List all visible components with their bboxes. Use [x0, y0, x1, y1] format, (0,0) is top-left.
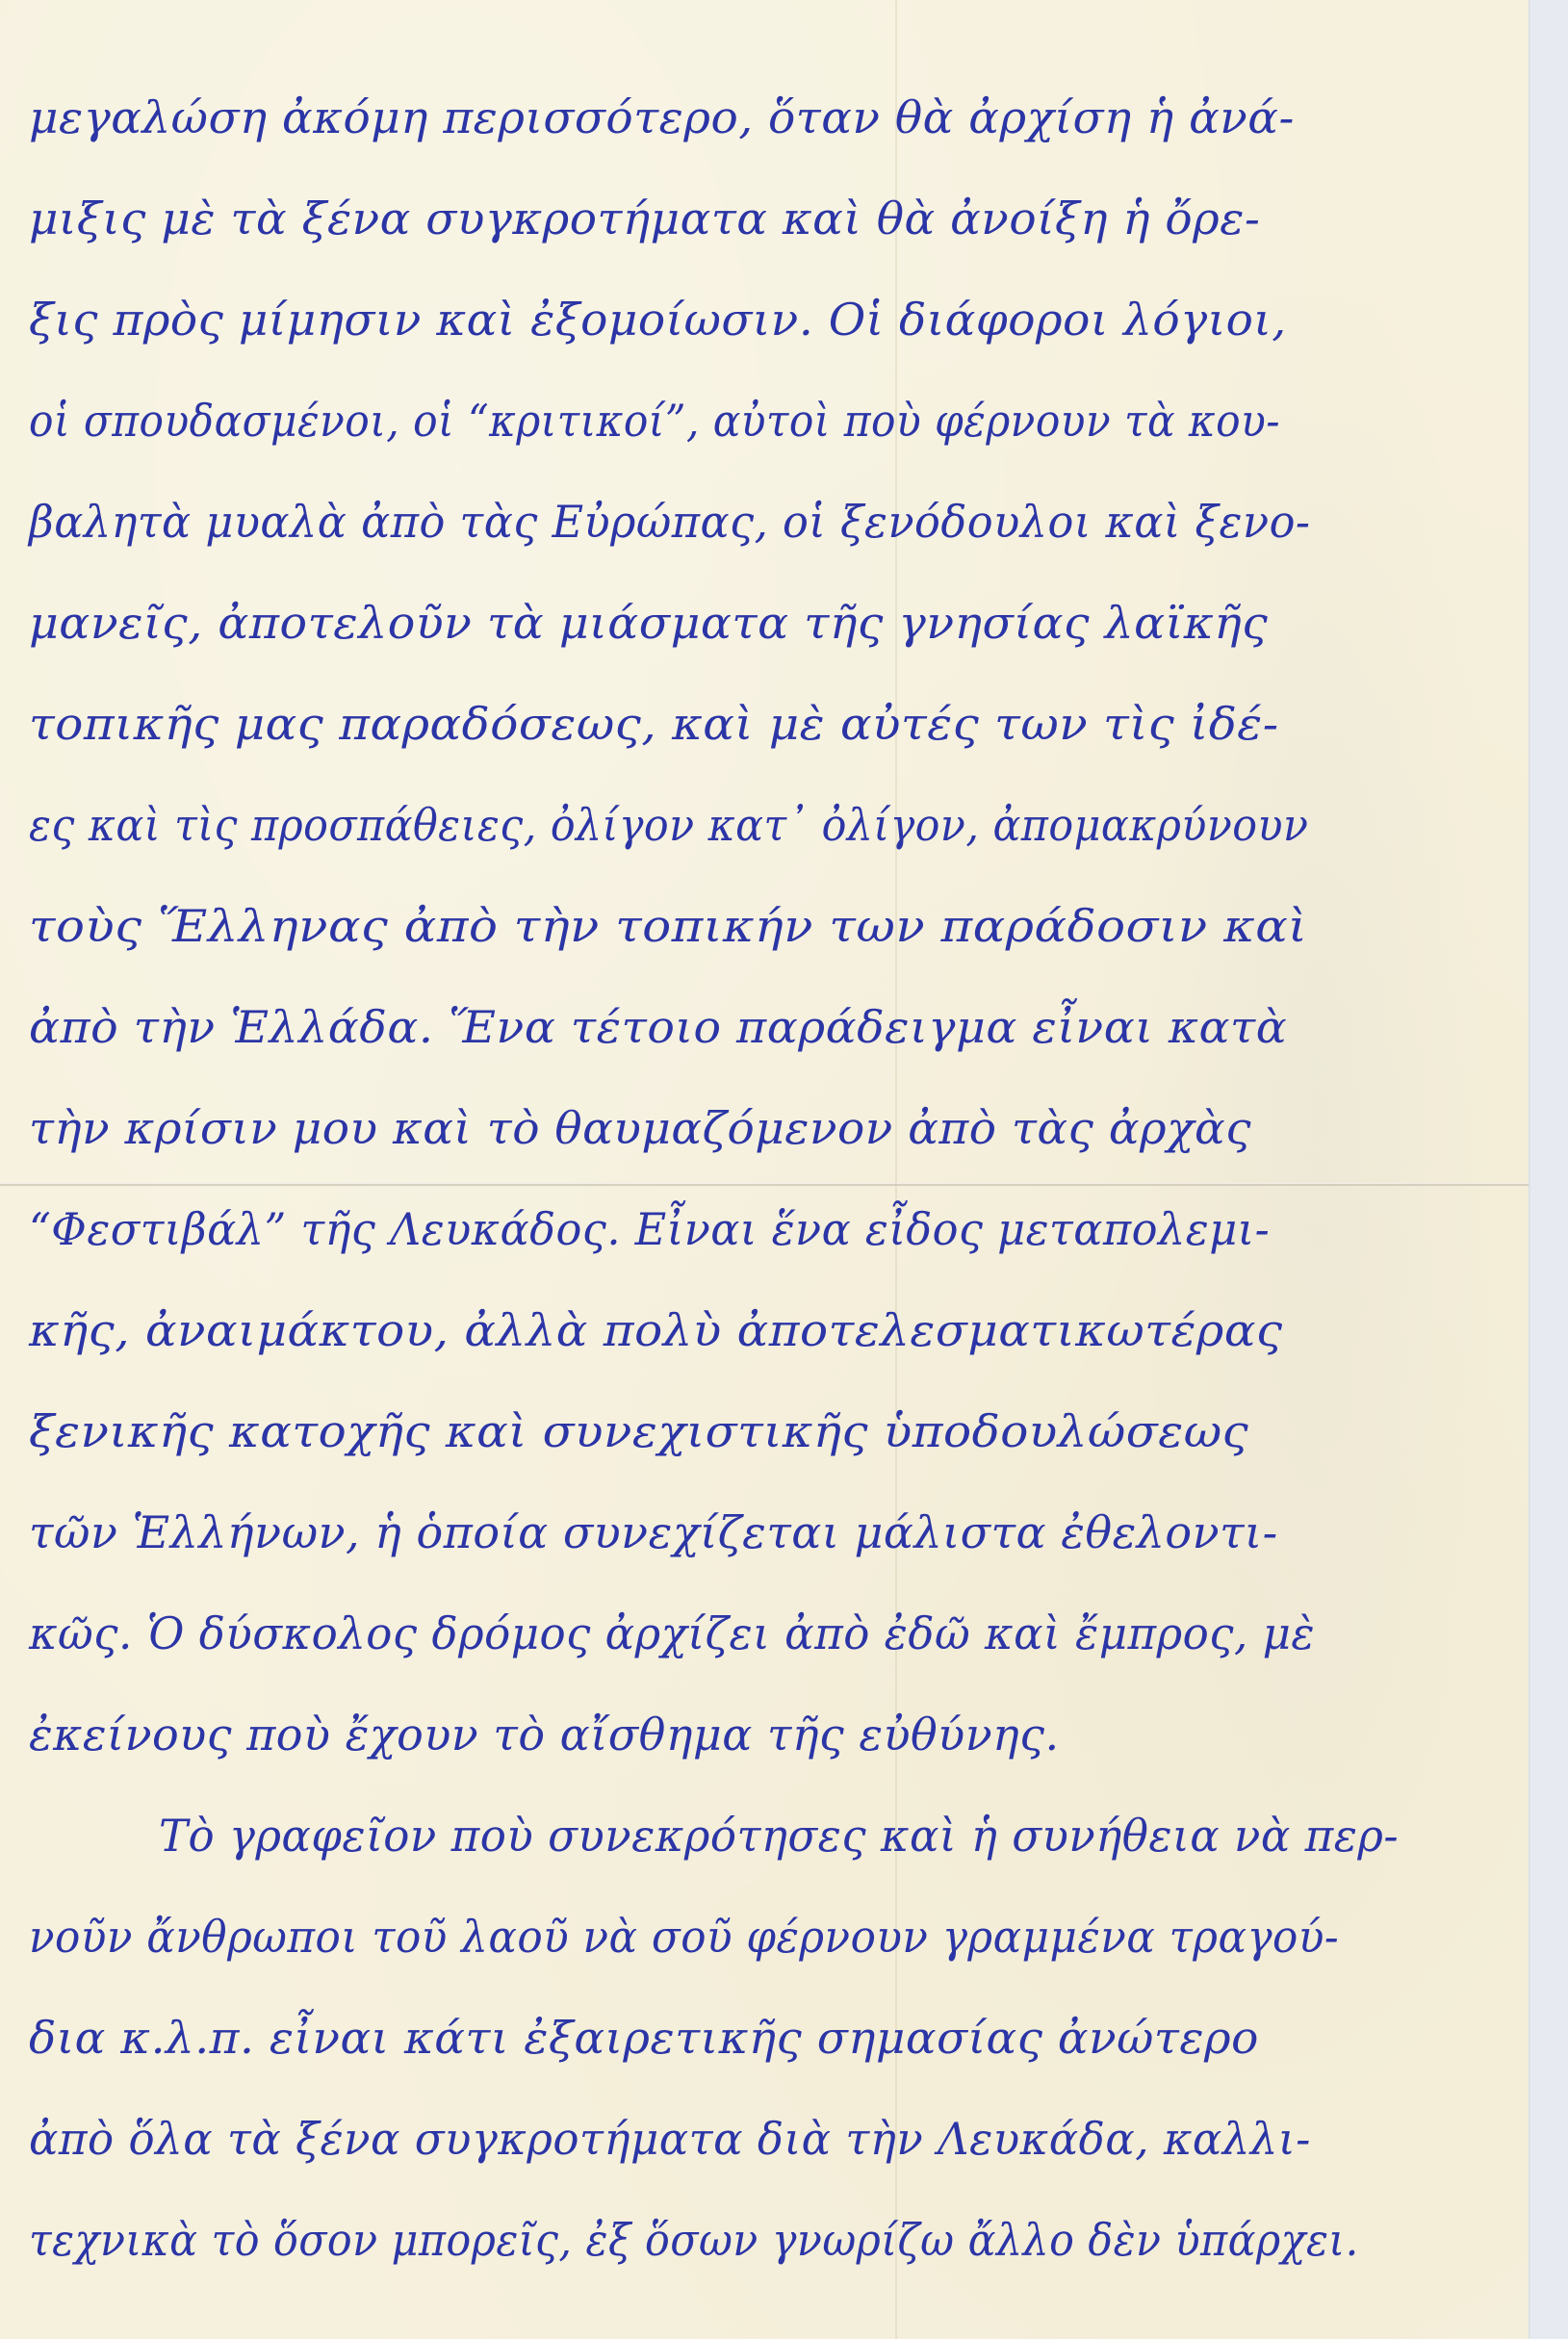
text-line-7: τοπικῆς μας παραδόσεως, καὶ μὲ αὐτές των…	[29, 698, 1279, 750]
text-line-3: ξις πρὸς μίμησιν καὶ ἐξομοίωσιν. Οἱ διάφ…	[29, 294, 1287, 346]
vertical-fold-crease	[895, 0, 897, 2339]
text-line-12: “Φεστιβάλ” τῆς Λευκάδος. Εἶναι ἕνα εἶδος…	[29, 1203, 1270, 1255]
text-line-16: κῶς. Ὁ δύσκολος δρόμος ἀρχίζει ἀπὸ ἐδῶ κ…	[29, 1607, 1315, 1659]
text-line-20: δια κ.λ.π. εἶναι κάτι ἐξαιρετικῆς σημασί…	[29, 2012, 1259, 2064]
text-line-17: ἐκείνους ποὺ ἔχουν τὸ αἴσθημα τῆς εὐθύνη…	[29, 1709, 1060, 1761]
text-line-19: νοῦν ἄνθρωποι τοῦ λαοῦ νὰ σοῦ φέρνουν γρ…	[29, 1911, 1339, 1963]
text-line-1: μεγαλώση ἀκόμη περισσότερο, ὅταν θὰ ἀρχί…	[29, 91, 1295, 143]
text-line-15: τῶν Ἑλλήνων, ἡ ὁποία συνεχίζεται μάλιστα…	[29, 1506, 1278, 1558]
text-line-21: ἀπὸ ὅλα τὰ ξένα συγκροτήματα διὰ τὴν Λευ…	[29, 2113, 1311, 2165]
text-line-11: τὴν κρίσιν μου καὶ τὸ θαυμαζόμενον ἀπὸ τ…	[29, 1102, 1251, 1154]
text-line-10: ἀπὸ τὴν Ἑλλάδα. Ἕνα τέτοιο παράδειγμα εἶ…	[29, 1001, 1287, 1053]
text-line-4: οἱ σπουδασμένοι, οἱ “κριτικοί”, αὐτοὶ πο…	[29, 395, 1280, 447]
text-line-14: ξενικῆς κατοχῆς καὶ συνεχιστικῆς ὑποδουλ…	[29, 1405, 1248, 1457]
text-line-22: τεχνικὰ τὸ ὅσον μπορεῖς, ἐξ ὅσων γνωρίζω…	[29, 2214, 1359, 2266]
text-line-8: ες καὶ τὶς προσπάθειες, ὀλίγον κατ᾽ ὀλίγ…	[29, 799, 1308, 851]
text-line-13: κῆς, ἀναιμάκτου, ἀλλὰ πολὺ ἀποτελεσματικ…	[29, 1304, 1283, 1356]
text-line-5: βαλητὰ μυαλὰ ἀπὸ τὰς Εὐρώπας, οἱ ξενόδου…	[29, 496, 1311, 548]
text-line-9: τοὺς Ἕλληνας ἀπὸ τὴν τοπικήν των παράδοσ…	[29, 900, 1307, 952]
text-line-6: μανεῖς, ἀποτελοῦν τὰ μιάσματα τῆς γνησία…	[29, 597, 1268, 649]
horizontal-fold-crease	[0, 1183, 1529, 1187]
letter-page: μεγαλώση ἀκόμη περισσότερο, ὅταν θὰ ἀρχί…	[0, 0, 1529, 2339]
text-line-18: Τὸ γραφεῖον ποὺ συνεκρότησες καὶ ἡ συνήθ…	[159, 1810, 1399, 1862]
text-line-2: μιξις μὲ τὰ ξένα συγκροτήματα καὶ θὰ ἀνο…	[29, 193, 1260, 244]
